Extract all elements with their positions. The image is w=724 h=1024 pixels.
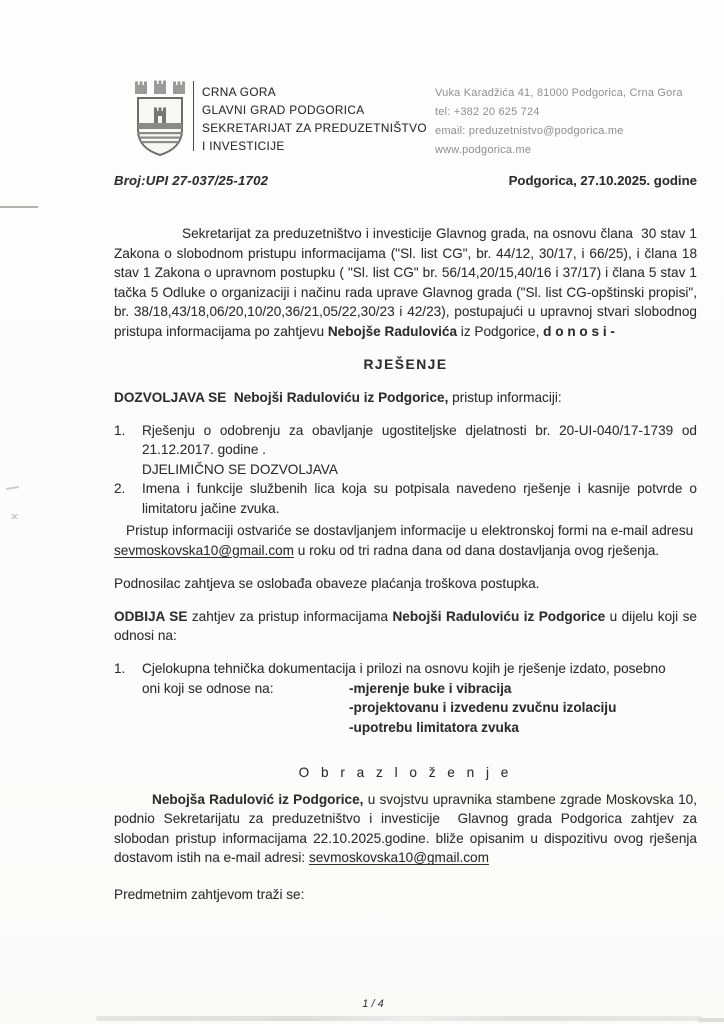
- denied-clause-bold: ODBIJA SE: [114, 609, 187, 624]
- explanation-paragraph: Nebojša Radulović iz Podgorice, u svojst…: [114, 790, 697, 868]
- scan-artifact-bottom-right: [698, 1018, 724, 1022]
- list-item-text: Imena i funkcije službenih lica koja su …: [142, 481, 697, 516]
- partially-allowed-note: DJELIMIČNO SE DOZVOLJAVA: [142, 460, 697, 480]
- delivery-post: u roku od tri radna dana od dana dostavl…: [294, 543, 659, 558]
- explanation-email: sevmoskovska10@gmail.com: [309, 850, 489, 865]
- denied-clause: ODBIJA SE zahtjev za pristup informacija…: [114, 607, 697, 646]
- org-name-block: CRNA GORA GLAVNI GRAD PODGORICA SEKRETAR…: [202, 78, 427, 155]
- denied-point: -projektovanu i izvedenu zvučnu izolacij…: [349, 698, 616, 718]
- scan-artifact-left-line: [0, 206, 38, 208]
- costs-paragraph: Podnosilac zahtjeva se oslobađa obaveze …: [114, 574, 697, 594]
- scan-artifact-smudge: [11, 514, 18, 519]
- delivery-pre: Pristup informaciji ostvariće se dostavl…: [126, 523, 697, 538]
- list-item-number: 1.: [114, 421, 142, 480]
- intro-mid: iz Podgorice,: [457, 324, 543, 339]
- org-line-country: CRNA GORA: [202, 83, 427, 101]
- place-and-date: Podgorica, 27.10.2025. godine: [509, 173, 697, 188]
- delivery-paragraph: Pristup informaciji ostvariće se dostavl…: [114, 521, 697, 560]
- list-item-text: Rješenju o odobrenju za obavljanje ugost…: [142, 423, 697, 458]
- contact-address: Vuka Karadžića 41, 81000 Podgorica, Crna…: [435, 84, 683, 103]
- scanned-document-page: CRNA GORA GLAVNI GRAD PODGORICA SEKRETAR…: [0, 0, 724, 1024]
- list-item-number: 2.: [114, 479, 142, 518]
- scan-artifact-bottom-band: [96, 1016, 702, 1021]
- explanation-title: O b r a z l o ž e n j e: [114, 763, 697, 783]
- case-number: Broj:UPI 27-037/25-1702: [114, 173, 268, 188]
- contact-website: www.podgorica.me: [435, 141, 683, 160]
- contact-phone: tel: +382 20 625 724: [435, 103, 683, 122]
- denied-requester-name: Nebojši Raduloviću iz Podgorice: [392, 609, 605, 624]
- allowed-clause-bold: DOZVOLJAVA SE Nebojši Raduloviću iz Podg…: [114, 390, 448, 405]
- page-indicator: 1 / 4: [11, 998, 724, 1010]
- document-content: CRNA GORA GLAVNI GRAD PODGORICA SEKRETAR…: [114, 0, 697, 918]
- list-item: 1. Cjelokupna tehnička dokumentacija i p…: [114, 659, 697, 737]
- explanation-name-bold: Nebojša Radulović iz Podgorice,: [152, 792, 363, 807]
- denied-item-line2-left: oni koji se odnose na:: [142, 679, 349, 738]
- reference-row: Broj:UPI 27-037/25-1702 Podgorica, 27.10…: [114, 173, 697, 188]
- list-item: 1. Rješenju o odobrenju za obavljanje ug…: [114, 421, 697, 480]
- list-item-number: 1.: [114, 659, 142, 737]
- list-item: 2. Imena i funkcije službenih lica koja …: [114, 479, 697, 518]
- denied-points: -mjerenje buke i vibracija -projektovanu…: [349, 679, 616, 738]
- intro-lead: Sekretarijat za preduzetništvo i investi…: [114, 226, 697, 339]
- donosi-text: d o n o s i -: [543, 324, 615, 339]
- letterhead-divider: [193, 81, 194, 151]
- org-line-city: GLAVNI GRAD PODGORICA: [202, 101, 427, 119]
- contact-email: email: preduzetnistvo@podgorica.me: [435, 122, 683, 141]
- coat-of-arms-icon: [133, 78, 187, 156]
- denied-clause-mid: zahtjev za pristup informacijama: [187, 609, 392, 624]
- org-line-secretariat: SEKRETARIJAT ZA PREDUZETNIŠTVO: [202, 119, 427, 137]
- org-line-secretariat-2: I INVESTICIJE: [202, 137, 427, 155]
- intro-paragraph: Sekretarijat za preduzetništvo i investi…: [114, 224, 697, 341]
- delivery-email: sevmoskovska10@gmail.com: [114, 543, 294, 558]
- request-lead-in: Predmetnim zahtjevom traži se:: [114, 885, 697, 905]
- requester-name: Nebojše Radulovića: [328, 324, 457, 339]
- denied-point: -mjerenje buke i vibracija: [349, 679, 616, 699]
- allowed-clause: DOZVOLJAVA SE Nebojši Raduloviću iz Podg…: [114, 388, 697, 408]
- denied-item-line1: Cjelokupna tehnička dokumentacija i pril…: [142, 659, 697, 679]
- decision-title: RJEŠENJE: [114, 355, 697, 375]
- allowed-items-list: 1. Rješenju o odobrenju za obavljanje ug…: [114, 421, 697, 519]
- contact-block: Vuka Karadžića 41, 81000 Podgorica, Crna…: [435, 84, 683, 160]
- scan-artifact-smudge: [6, 486, 19, 490]
- denied-items-list: 1. Cjelokupna tehnička dokumentacija i p…: [114, 659, 697, 737]
- allowed-clause-rest: pristup informaciji:: [448, 390, 561, 405]
- denied-point: -upotrebu limitatora zvuka: [349, 718, 616, 738]
